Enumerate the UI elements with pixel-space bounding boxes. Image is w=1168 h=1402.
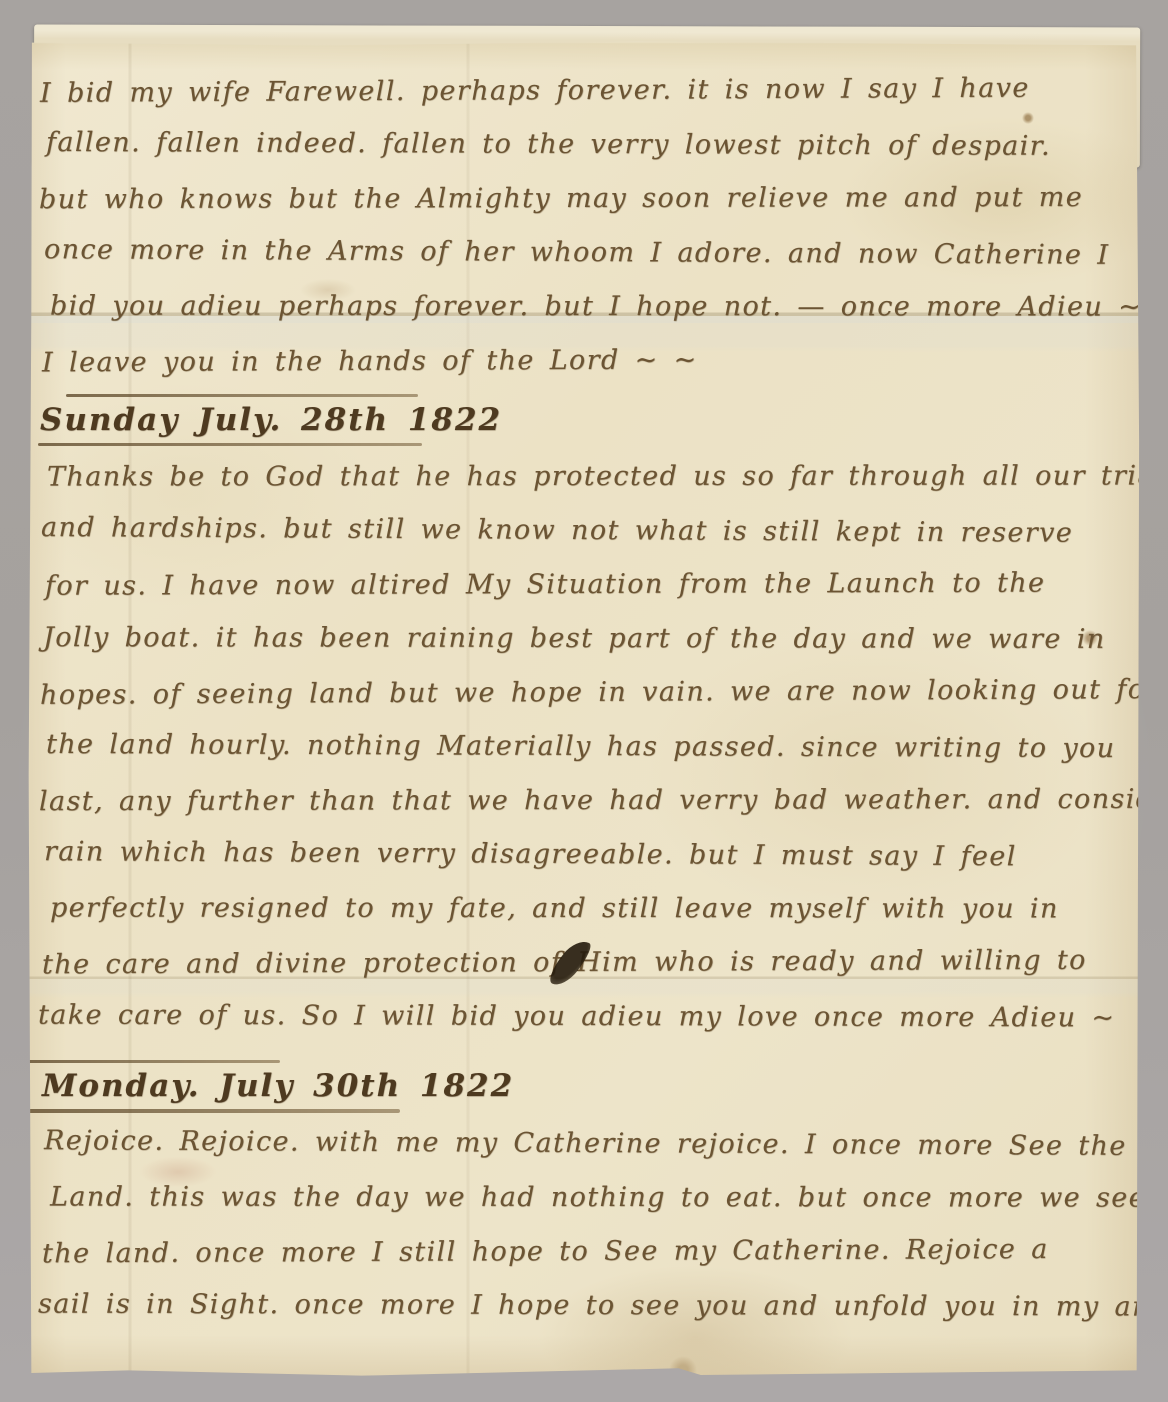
letter-line: rain which has been verry disagreeable. …: [44, 825, 1132, 885]
letter-line: for us. I have now altired My Situation …: [45, 556, 1133, 613]
letter-line: perfectly resigned to my fate, and still…: [50, 882, 1138, 937]
letter-line: Land. this was the day we had nothing to…: [50, 1171, 1138, 1226]
date-heading-block: Sunday July. 28th 1822: [38, 394, 1126, 446]
letter-section: Monday. July 30th 1822Rejoice. Rejoice. …: [38, 1060, 1126, 1333]
letter-body: I bid my wife Farewell. perhaps forever.…: [28, 40, 1140, 1377]
letter-line: hopes. of seeing land but we hope in vai…: [40, 663, 1128, 723]
letter-line: last, any further than that we have had …: [39, 773, 1127, 829]
date-heading: Monday. July 30th 1822: [38, 1063, 1126, 1109]
letter-line: and hardships. but still we know not wha…: [41, 501, 1129, 561]
letter-line: sail is in Sight. once more I hope to se…: [38, 1278, 1126, 1335]
letter-line: Thanks be to God that he has protected u…: [47, 450, 1135, 505]
heading-rule-bottom: [28, 1109, 400, 1113]
date-heading: Sunday July. 28th 1822: [38, 397, 1126, 443]
letter-line: once more in the Arms of her whoom I ado…: [44, 223, 1132, 283]
scanned-letter-photo: I bid my wife Farewell. perhaps forever.…: [0, 0, 1168, 1402]
letter-line: I bid my wife Farewell. perhaps forever.…: [40, 61, 1128, 121]
letter-line: fallen. fallen indeed. fallen to the ver…: [46, 116, 1134, 174]
date-heading-block: Monday. July 30th 1822: [38, 1060, 1126, 1113]
heading-rule-bottom: [38, 443, 422, 446]
letter-line: but who knows but the Almighty may soon …: [39, 171, 1127, 227]
letter-line: the land hourly. nothing Materially has …: [46, 718, 1134, 776]
letter-page: I bid my wife Farewell. perhaps forever.…: [28, 40, 1140, 1377]
letter-line: the land. once more I still hope to See …: [42, 1223, 1130, 1282]
letter-line: take care of us. So I will bid you adieu…: [38, 989, 1126, 1046]
letter-line: Jolly boat. it has been raining best par…: [43, 611, 1131, 667]
letter-line: bid you adieu perhaps forever. but I hop…: [50, 280, 1138, 335]
letter-line: I leave you in the hands of the Lord ∼ ∼: [42, 332, 1130, 391]
letter-section: I bid my wife Farewell. perhaps forever.…: [38, 64, 1126, 388]
letter-line: Rejoice. Rejoice. with me my Catherine r…: [44, 1114, 1132, 1174]
